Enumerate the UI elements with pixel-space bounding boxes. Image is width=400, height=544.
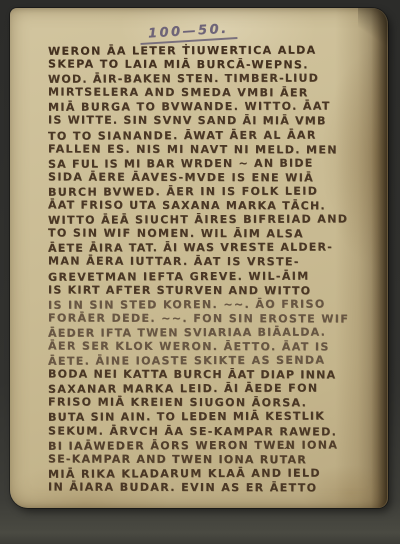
text-line: SKEPA TO LAIA MIĀ BURCĀ-WEPNS.: [48, 58, 378, 73]
text-line: GREVETMAN IEFTA GREVE. WIL-ĀIM: [48, 269, 378, 285]
text-line: ĀAT FRISO UTA SAXANA MARKA TĀCH.: [48, 198, 378, 213]
text-line: ĀER SER KLOK WERON. ĀETTO. ĀAT IS: [48, 339, 378, 354]
text-line: SE-KAMPAR AND TWEN IONA RUTAR: [48, 452, 378, 467]
text-line: IS IN SIN STED KOREN. ~~. ĀO FRISO: [48, 297, 378, 313]
manuscript-text: WERON ĀA LETER ṪIUWERTICA ALDASKEPA TO L…: [48, 44, 378, 495]
caret-insertion-mark: ^: [283, 446, 291, 455]
manuscript-page: 100—50. WERON ĀA LETER ṪIUWERTICA ALDASK…: [10, 8, 388, 508]
text-line: SIDA ĀERE ĀAVES-MVDE IS ENE WIĀ: [48, 170, 378, 185]
text-line: SEKUM. ĀRVCH ĀA SE-KAMPAR RAWED.: [48, 424, 378, 439]
page-number-label: 100—50.: [140, 21, 238, 45]
text-line: FALLEN ES. NIS MI NAVT NI MELD. MEN: [48, 142, 378, 157]
text-line: BURCH BVWED. ĀER IN IS FOLK LEID: [48, 184, 378, 200]
text-line: ĀEDER IFTA TWEN SVIARIAA BIĀALDA.: [48, 325, 378, 341]
text-line: MIĀ RIKA KLADARUM KLAĀ AND IELD: [48, 466, 378, 482]
text-line: MAN ĀERA IUTTAR. ĀAT IS VRSTE-: [48, 255, 378, 270]
text-line: BUTA SIN AIN. TO LEDEN MIĀ KESTLIK: [48, 410, 378, 426]
text-line: TO TO SIANANDE. ĀWAT ĀER AL ĀAR: [48, 128, 378, 144]
text-line: SA FUL IS MI BAR WRDEN ~ AN BIDE: [48, 156, 378, 172]
text-line: IS KIRT AFTER STURVEN AND WITTO: [48, 283, 378, 298]
text-line: IS WITTE. SIN SVNV SAND ĀI MIĀ VMB: [48, 114, 378, 129]
text-line: WITTO ĀEĀ SIUCHT ĀIRES BIFREIAD AND: [48, 212, 378, 228]
text-line: BI IAĀWEDER ĀORS WERON TWEN IONA: [48, 438, 378, 454]
text-line: ĀETE. ĀINE IOASTE SKIKTE AS SENDA: [48, 353, 378, 369]
text-line: FORĀER DEDE. ~~. FON SIN EROSTE WIF: [48, 311, 378, 326]
text-line: IN ĀIARA BUDAR. EVIN AS ER ĀETTO: [48, 480, 378, 495]
photo-background: 100—50. WERON ĀA LETER ṪIUWERTICA ALDASK…: [0, 0, 400, 544]
text-line: WERON ĀA LETER ṪIUWERTICA ALDA: [48, 43, 378, 59]
